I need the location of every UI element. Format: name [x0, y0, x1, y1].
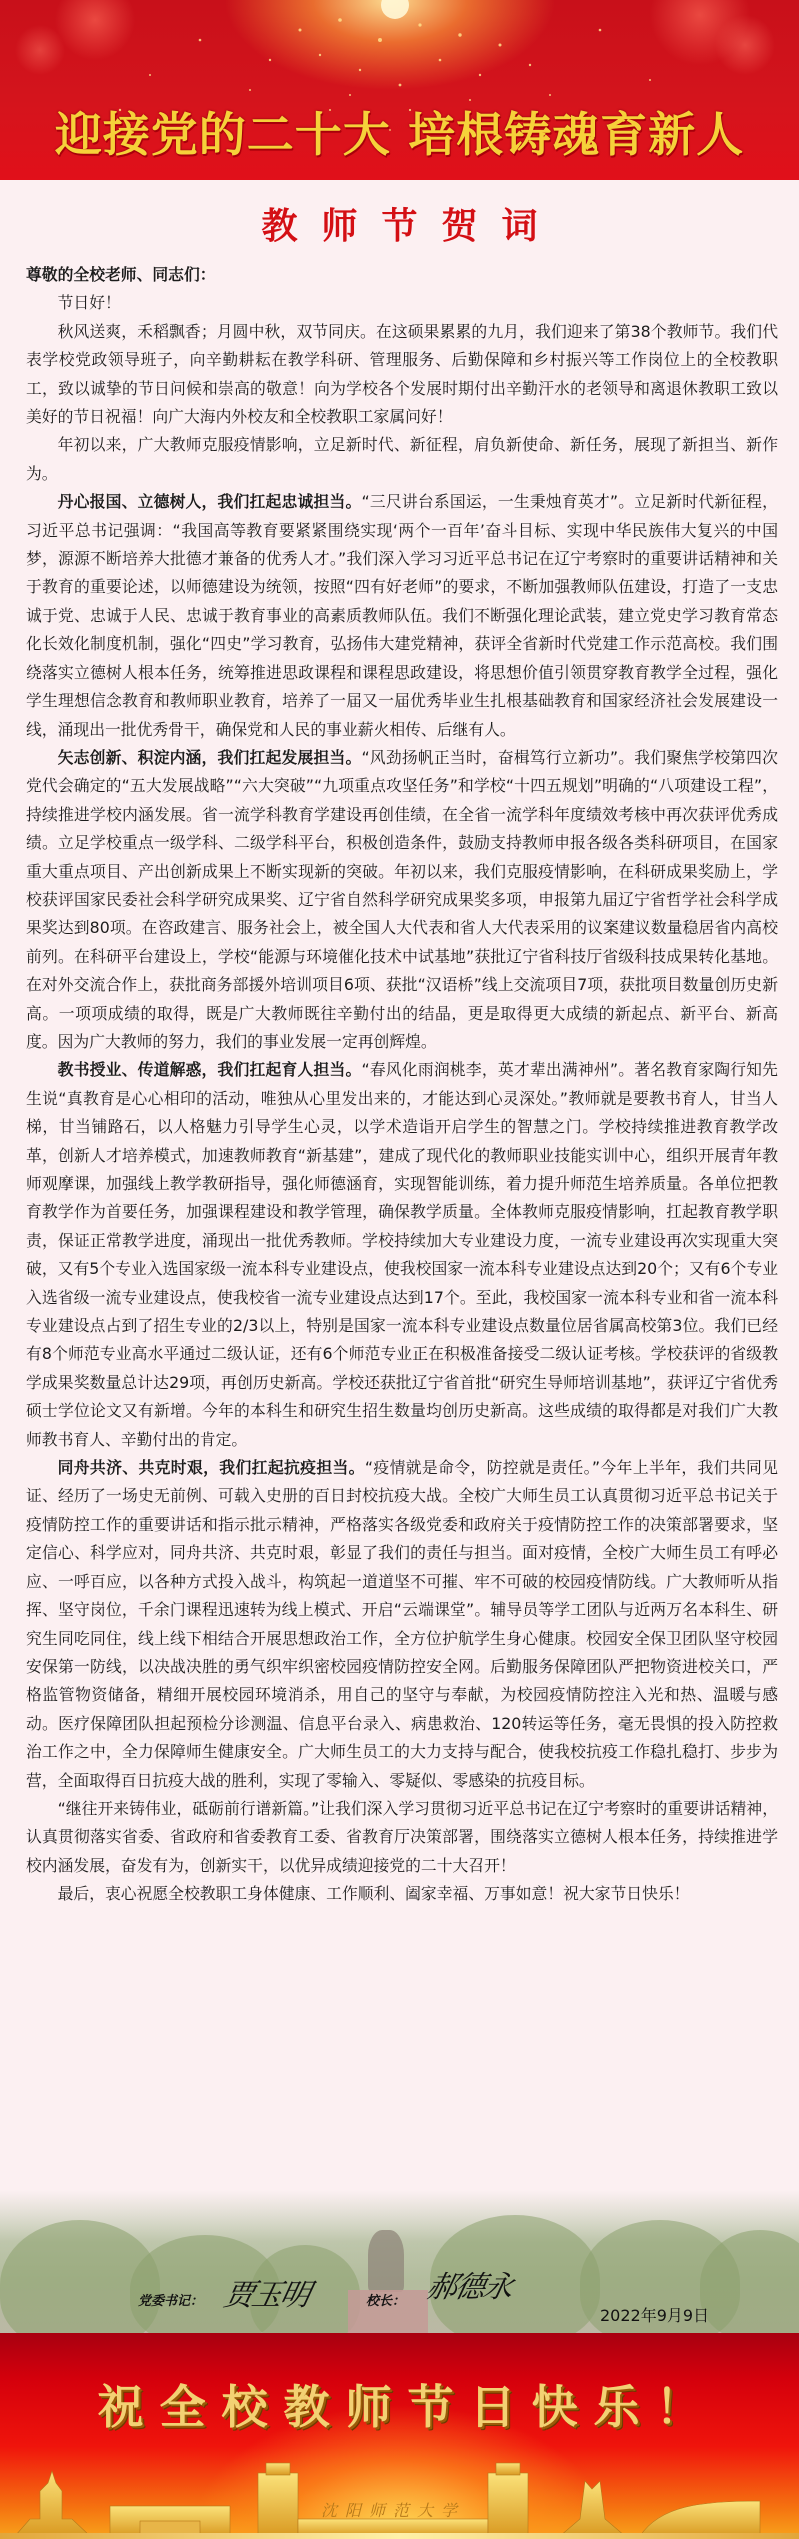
paragraph: 节日好！ — [26, 289, 778, 317]
paragraph-heading: 矢志创新、积淀内涵，我们扛起发展担当。 — [58, 748, 362, 767]
paragraph-text: “春风化雨润桃李，英才辈出满神州”。著名教育家陶行知先生说“真教育是心心相印的活… — [26, 1060, 778, 1448]
paragraph-text: “继往开来铸伟业，砥砺前行谱新篇。”让我们深入学习贯彻习近平总书记在辽宁考察时的… — [26, 1799, 778, 1875]
letter-date: 2022年9月9日 — [600, 2303, 709, 2326]
paragraph-heading: 教书授业、传道解惑，我们扛起育人担当。 — [58, 1060, 362, 1079]
president-label: 校长： — [366, 2290, 405, 2309]
secretary-label: 党委书记： — [138, 2290, 203, 2309]
bottom-banner: 祝全校教师节日快乐！ — [0, 2333, 799, 2539]
banner-title: 迎接党的二十大 培根铸魂育新人 — [0, 98, 799, 165]
greeting-title: 教师节贺词 — [0, 198, 799, 249]
paragraph: 秋风送爽，禾稻飘香；月圆中秋，双节同庆。在这硕果累累的九月，我们迎来了第38个教… — [26, 318, 778, 432]
paragraph: 教书授业、传道解惑，我们扛起育人担当。“春风化雨润桃李，英才辈出满神州”。著名教… — [26, 1056, 778, 1454]
salutation: 尊敬的全校老师、同志们： — [26, 261, 778, 289]
paragraph-text: 秋风送爽，禾稻飘香；月圆中秋，双节同庆。在这硕果累累的九月，我们迎来了第38个教… — [26, 322, 778, 426]
top-banner: 迎接党的二十大 培根铸魂育新人 — [0, 0, 799, 180]
paragraph: 同舟共济、共克时艰，我们扛起抗疫担当。“疫情就是命令，防控就是责任。”今年上半年… — [26, 1454, 778, 1795]
paragraph-text: 节日好！ — [58, 293, 121, 312]
campus-skyline-icon: 沈阳师范大学 — [0, 2461, 799, 2539]
secretary-signature: 贾玉明 — [220, 2270, 313, 2314]
paragraph-heading: 同舟共济、共克时艰，我们扛起抗疫担当。 — [58, 1458, 365, 1477]
university-name: 沈阳师范大学 — [321, 2501, 465, 2520]
paragraph-text: “风劲扬帆正当时，奋楫笃行立新功”。我们聚焦学校第四次党代会确定的“五大发展战略… — [26, 748, 778, 1051]
gold-divider — [0, 2533, 799, 2539]
paragraph: 丹心报国、立德树人，我们扛起忠诚担当。“三尺讲台系国运，一生秉烛育英才”。立足新… — [26, 488, 778, 744]
paragraph-text: “三尺讲台系国运，一生秉烛育英才”。立足新时代新征程，习近平总书记强调：“我国高… — [26, 492, 778, 738]
greeting-page: 迎接党的二十大 培根铸魂育新人 教师节贺词 尊敬的全校老师、同志们： 节日好！ … — [0, 0, 799, 2539]
footer-title: 祝全校教师节日快乐！ — [0, 2371, 799, 2437]
paragraph: “继往开来铸伟业，砥砺前行谱新篇。”让我们深入学习贯彻习近平总书记在辽宁考察时的… — [26, 1795, 778, 1880]
letter-body: 尊敬的全校老师、同志们： 节日好！ 秋风送爽，禾稻飘香；月圆中秋，双节同庆。在这… — [26, 261, 778, 1909]
paragraph: 年初以来，广大教师克服疫情影响，立足新时代、新征程，肩负新使命、新任务，展现了新… — [26, 431, 778, 488]
paragraph-text: “疫情就是命令，防控就是责任。”今年上半年，我们共同见证、经历了一场史无前例、可… — [26, 1458, 778, 1789]
paragraph: 矢志创新、积淀内涵，我们扛起发展担当。“风劲扬帆正当时，奋楫笃行立新功”。我们聚… — [26, 744, 778, 1056]
paragraph-text: 最后，衷心祝愿全校教职工身体健康、工作顺利、阖家幸福、万事如意！祝大家节日快乐！ — [58, 1884, 690, 1903]
president-signature: 郝德永 — [423, 2262, 516, 2306]
paragraph-heading: 丹心报国、立德树人，我们扛起忠诚担当。 — [58, 492, 362, 511]
paragraph-text: 年初以来，广大教师克服疫情影响，立足新时代、新征程，肩负新使命、新任务，展现了新… — [26, 435, 778, 482]
paragraph: 最后，衷心祝愿全校教职工身体健康、工作顺利、阖家幸福、万事如意！祝大家节日快乐！ — [26, 1880, 778, 1908]
